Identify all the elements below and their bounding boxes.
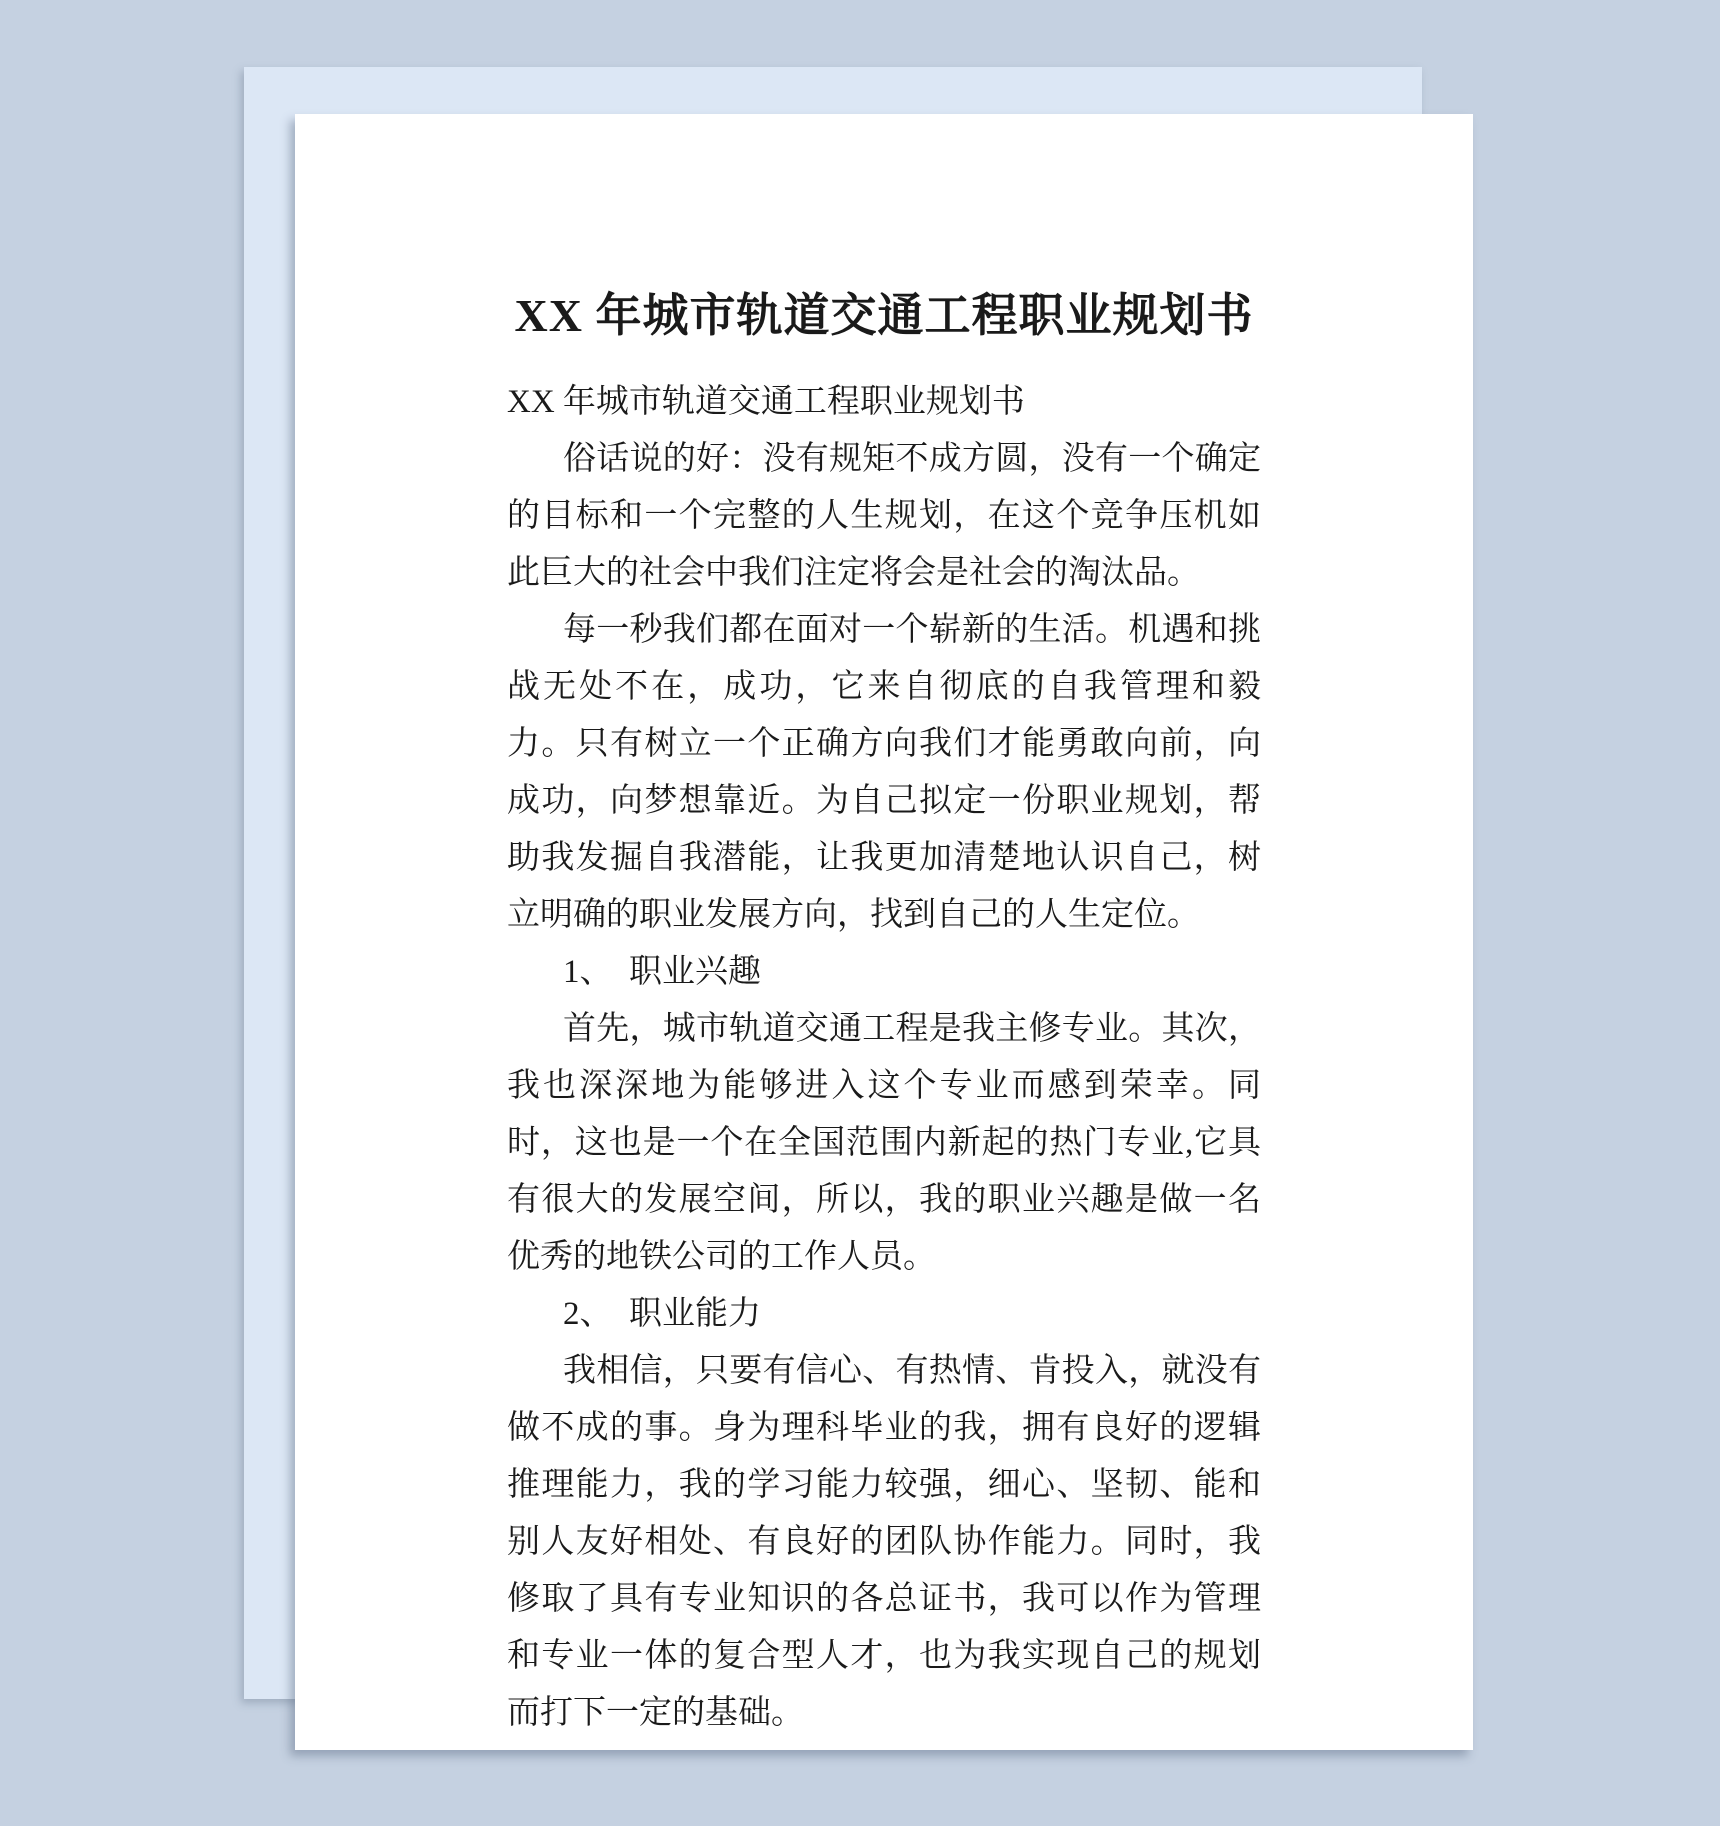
document-subtitle: XX 年城市轨道交通工程职业规划书	[507, 374, 1261, 431]
paragraph-career-ability: 我相信，只要有信心、有热情、肯投入，就没有做不成的事。身为理科毕业的我，拥有良好…	[507, 1343, 1261, 1742]
document-page: XX 年城市轨道交通工程职业规划书 XX 年城市轨道交通工程职业规划书 俗话说的…	[295, 114, 1473, 1750]
heading-career-interest: 1、 职业兴趣	[507, 944, 1261, 1001]
document-title: XX 年城市轨道交通工程职业规划书	[507, 286, 1261, 346]
paragraph-career-interest: 首先，城市轨道交通工程是我主修专业。其次，我也深深地为能够进入这个专业而感到荣幸…	[507, 1001, 1261, 1286]
paragraph-intro: 俗话说的好：没有规矩不成方圆，没有一个确定的目标和一个完整的人生规划，在这个竞争…	[507, 431, 1261, 602]
desktop-background: { "document": { "title": "XX 年城市轨道交通工程职业…	[0, 0, 1720, 1826]
paragraph-motivation: 每一秒我们都在面对一个崭新的生活。机遇和挑战无处不在，成功，它来自彻底的自我管理…	[507, 602, 1261, 944]
heading-career-ability: 2、 职业能力	[507, 1286, 1261, 1343]
